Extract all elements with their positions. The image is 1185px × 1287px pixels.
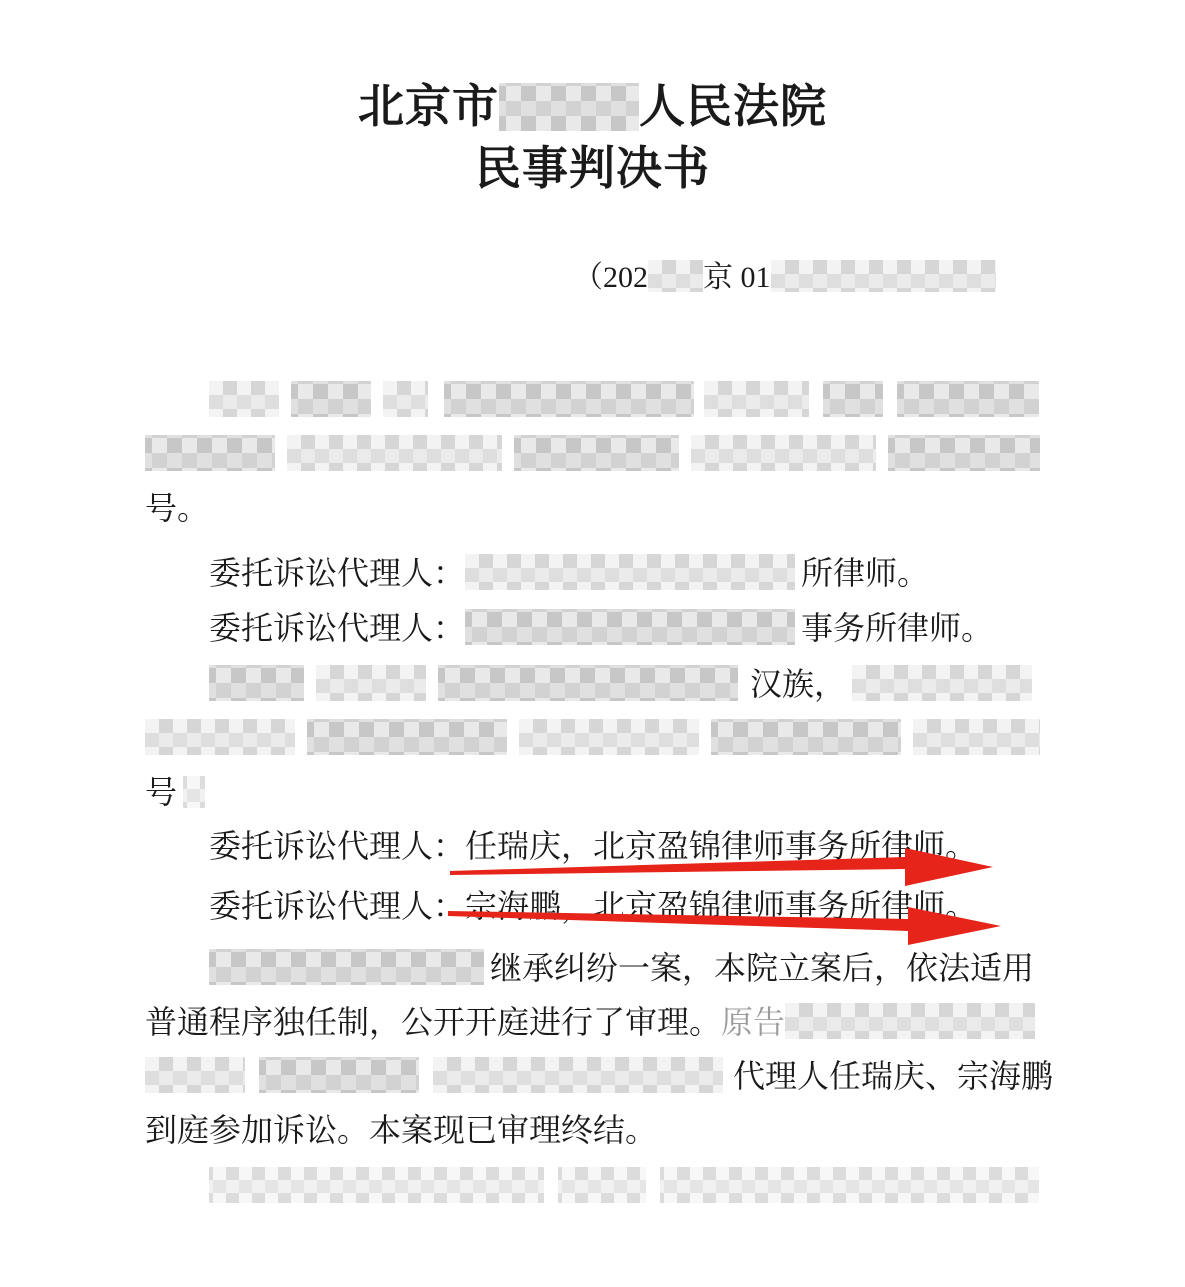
- claims-para-line-1: [145, 1164, 1109, 1210]
- redaction-mosaic: [307, 719, 507, 755]
- redaction-mosaic: [711, 719, 901, 755]
- redaction-mosaic: [145, 1057, 245, 1093]
- trial-ghost-text: 原告: [721, 1004, 785, 1040]
- redaction-mosaic: [444, 381, 694, 417]
- redaction-mosaic: [383, 381, 428, 417]
- redaction-mosaic: [183, 776, 205, 808]
- redaction-mosaic: [145, 719, 295, 755]
- redaction-mosaic: [823, 381, 883, 417]
- redaction-mosaic: [291, 381, 371, 417]
- judgment-document-page: 北京市人民法院 民事判决书 （202京 01 号。 委托诉讼代理人：所律师。 委…: [0, 0, 1185, 1287]
- case-number-redaction-1: [648, 260, 703, 292]
- redaction-mosaic: [704, 381, 809, 417]
- redaction-mosaic: [209, 1167, 544, 1203]
- trial-text-3: 代理人任瑞庆、宗海鹏: [733, 1058, 1053, 1094]
- redaction-mosaic: [897, 381, 1039, 417]
- court-name-line: 北京市人民法院: [0, 78, 1185, 138]
- redaction-mosaic: [316, 665, 426, 701]
- court-name-prefix: 北京市: [358, 81, 499, 132]
- plaintiff-info-line-2: [145, 432, 1045, 478]
- redaction-mosaic: [259, 1057, 419, 1093]
- red-arrow-1-icon: [450, 845, 995, 890]
- redaction-mosaic: [785, 1003, 1035, 1039]
- defendant-info-line-1: 汉族，: [145, 662, 1109, 708]
- agent-suffix: 事务所律师。: [801, 610, 993, 646]
- case-number-redaction-2: [771, 260, 996, 292]
- agent-label: 委托诉讼代理人：: [209, 555, 465, 591]
- redaction-mosaic: [209, 381, 279, 417]
- agent-name-redaction: [465, 554, 795, 590]
- redaction-mosaic: [514, 435, 679, 471]
- redaction-mosaic: [852, 665, 1032, 701]
- plaintiff-agent-line-2: 委托诉讼代理人：事务所律师。: [145, 606, 1109, 652]
- defendant-address-tail: 号: [145, 774, 177, 810]
- court-name-suffix: 人民法院: [639, 81, 827, 132]
- redaction-mosaic: [660, 1167, 1039, 1203]
- redaction-mosaic: [888, 435, 1040, 471]
- defendant-ethnicity-text: 汉族，: [750, 666, 846, 702]
- agent-suffix: 所律师。: [801, 555, 929, 591]
- doc-type-line: 民事判决书: [0, 140, 1185, 200]
- court-name-redaction: [499, 83, 639, 131]
- defendant-info-line-3: 号: [145, 770, 1045, 816]
- case-number-line: （202京 01: [573, 256, 1133, 302]
- case-number-part1: （202: [573, 261, 648, 294]
- redaction-mosaic: [438, 665, 738, 701]
- agent-label: 委托诉讼代理人：: [209, 888, 465, 924]
- redaction-mosaic: [145, 435, 275, 471]
- redaction-mosaic: [913, 719, 1040, 755]
- trial-para-line-1: 继承纠纷一案，本院立案后，依法适用: [145, 946, 1109, 992]
- plaintiff-info-line-3: 号。: [145, 486, 1045, 532]
- trial-text-2: 普通程序独任制，公开开庭进行了审理。: [145, 1004, 721, 1040]
- redaction-mosaic: [433, 1057, 723, 1093]
- trial-para-line-3: 代理人任瑞庆、宗海鹏: [145, 1054, 1045, 1100]
- agent-name-redaction: [465, 609, 795, 645]
- redaction-mosaic: [558, 1167, 646, 1203]
- redaction-mosaic: [519, 719, 699, 755]
- defendant-info-line-2: [145, 716, 1045, 762]
- agent-label: 委托诉讼代理人：: [209, 610, 465, 646]
- trial-para-line-2: 普通程序独任制，公开开庭进行了审理。原告: [145, 1000, 1045, 1046]
- plaintiff-info-line-1: [145, 378, 1109, 424]
- case-number-part2: 京 01: [703, 261, 771, 294]
- agent-label: 委托诉讼代理人：: [209, 828, 465, 864]
- red-arrow-2-icon: [448, 893, 1003, 947]
- trial-text-1: 继承纠纷一案，本院立案后，依法适用: [490, 950, 1034, 986]
- redaction-mosaic: [209, 949, 484, 985]
- redaction-mosaic: [287, 435, 502, 471]
- redaction-mosaic: [691, 435, 876, 471]
- redaction-mosaic: [209, 665, 304, 701]
- trial-para-line-4: 到庭参加诉讼。本案现已审理终结。: [145, 1108, 1045, 1154]
- plaintiff-agent-line-1: 委托诉讼代理人：所律师。: [145, 551, 1109, 597]
